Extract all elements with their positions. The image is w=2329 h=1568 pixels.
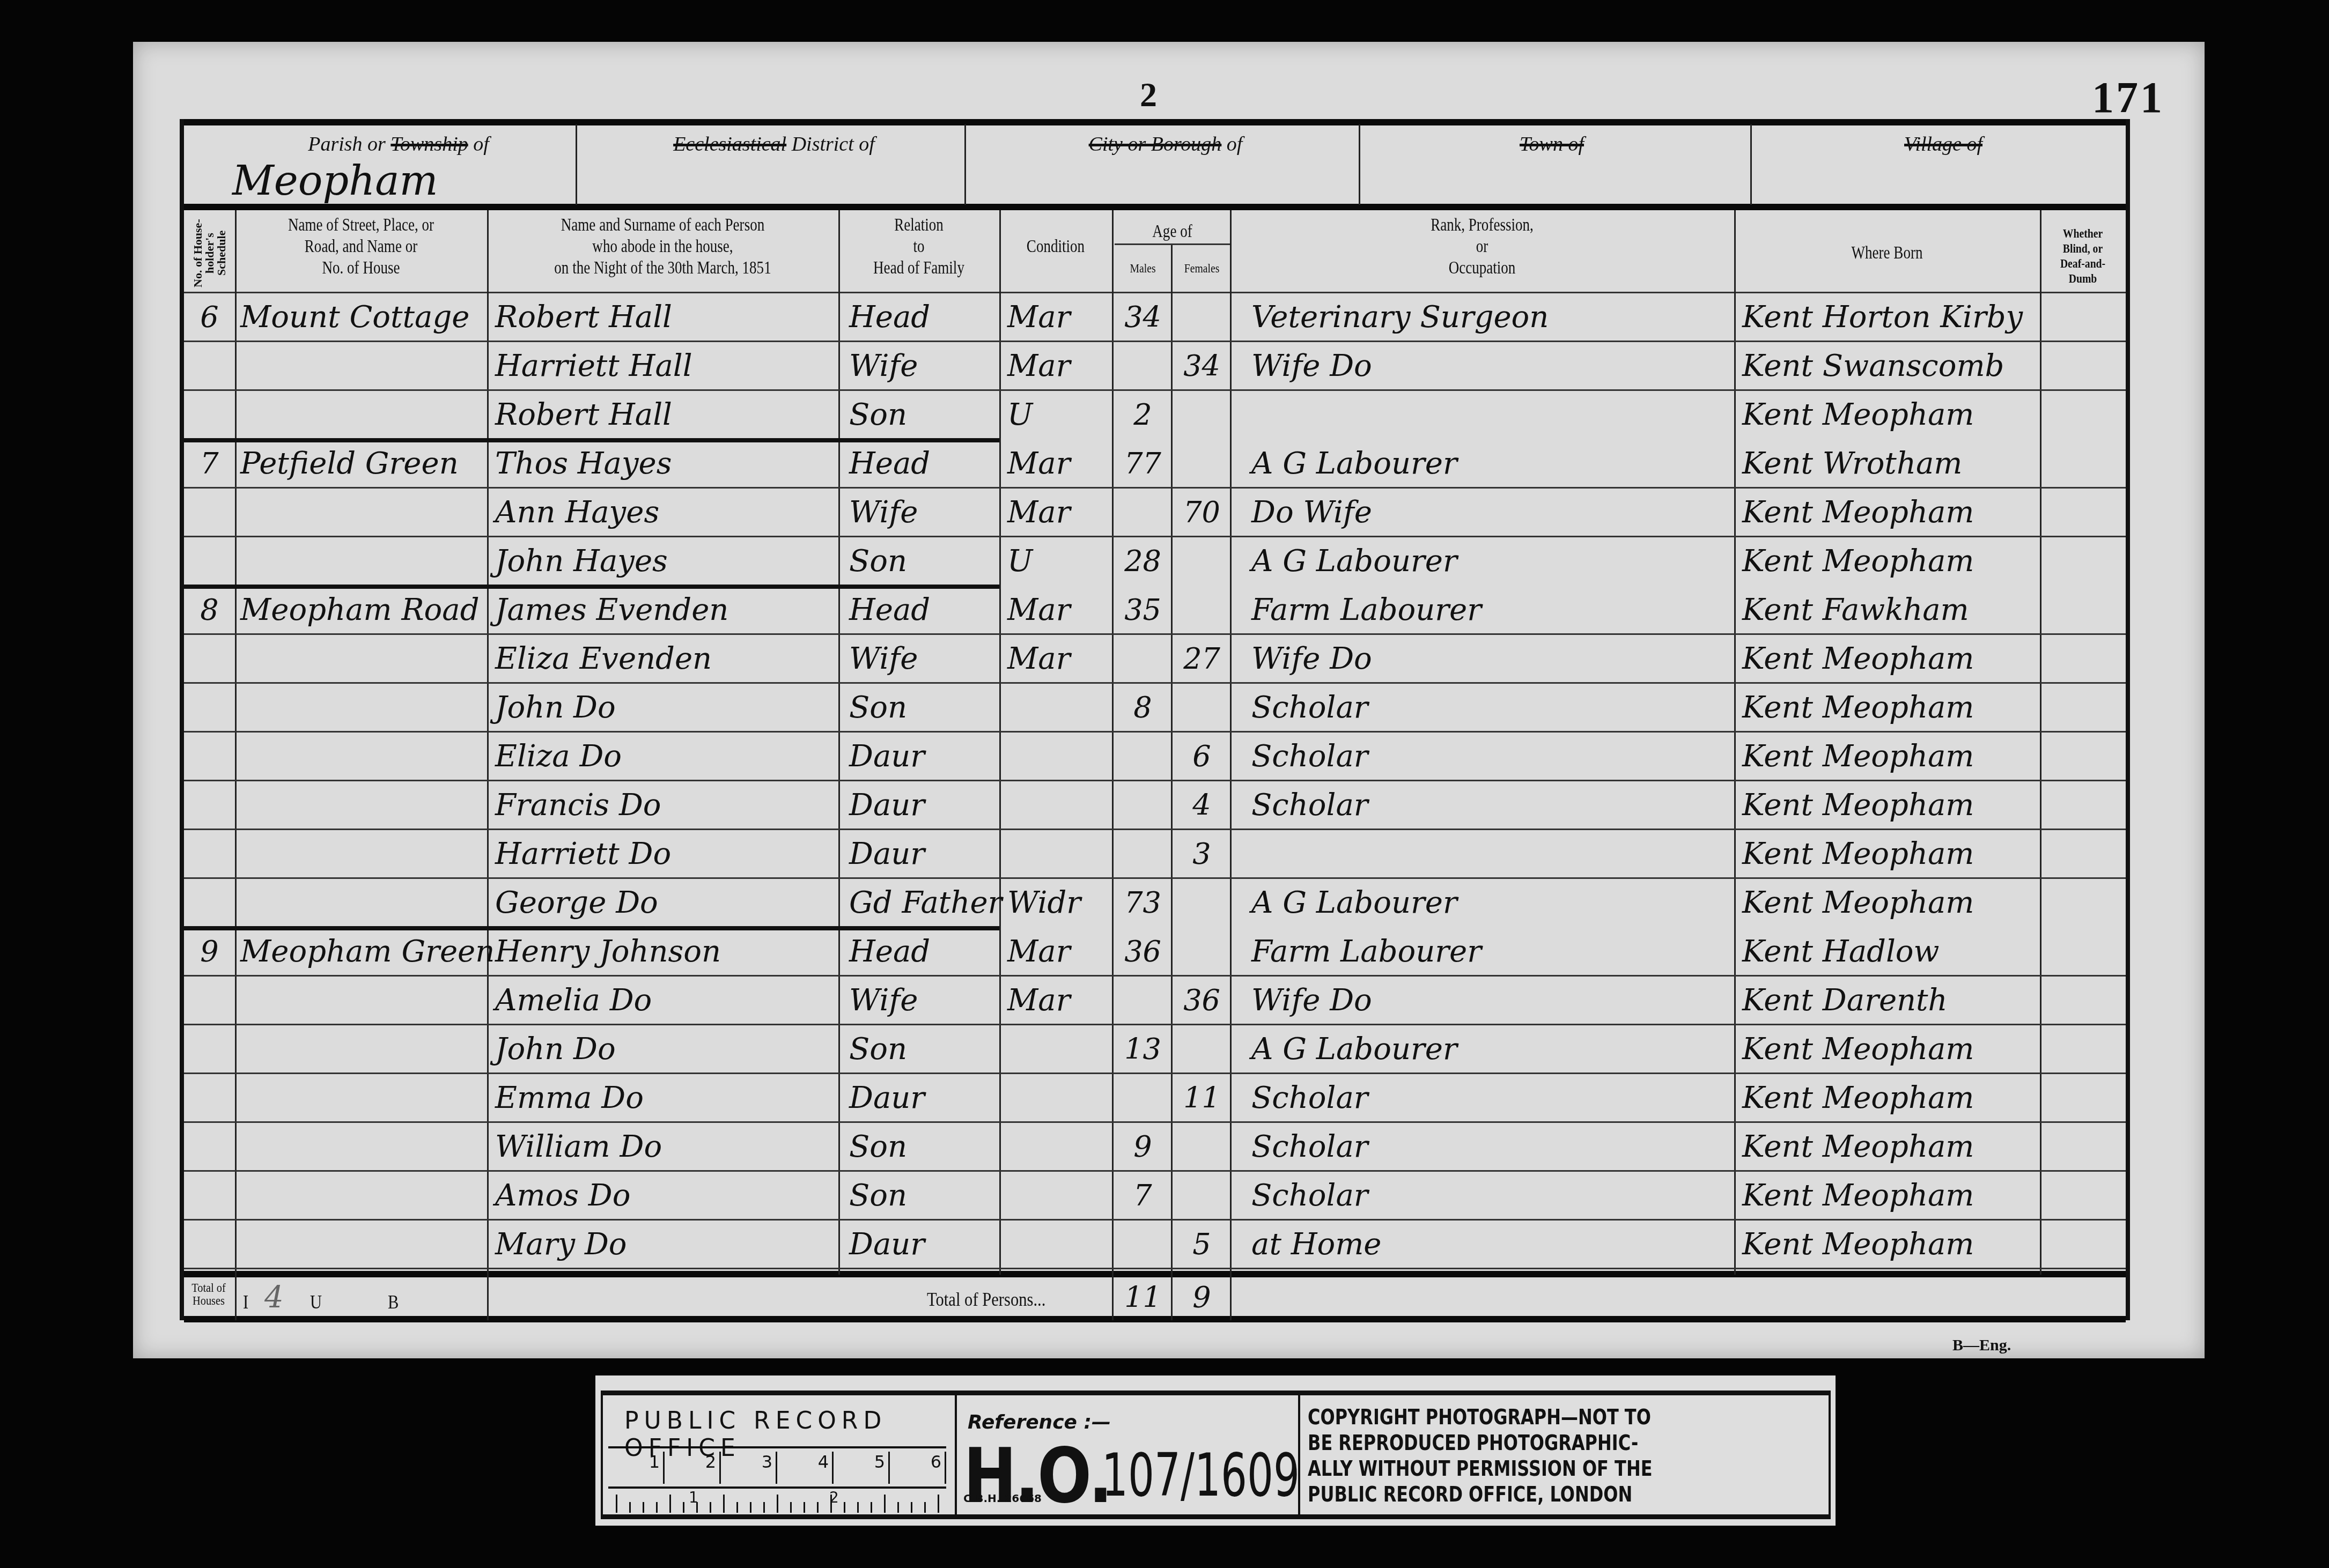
cell-born: Kent Swanscomb <box>1742 345 2040 388</box>
cell-relation: Daur <box>849 784 999 827</box>
cell-born: Kent Darenth <box>1742 979 2040 1022</box>
cell-name: William Do <box>495 1126 838 1168</box>
cell-male-age <box>1115 1077 1171 1120</box>
divider <box>964 124 966 205</box>
row-rule <box>184 1268 2126 1269</box>
reference-prefix: H.O. <box>963 1433 1111 1520</box>
cell-schedule: 8 <box>184 589 235 632</box>
cell-street <box>240 1126 484 1168</box>
cell-condition <box>1007 1126 1109 1168</box>
parish-value: Meopham <box>232 157 438 204</box>
cell-name: Emma Do <box>495 1077 838 1120</box>
col-line <box>1171 245 1173 1320</box>
cell-relation: Son <box>849 1126 999 1168</box>
ecclesiastical-label: Ecclesiastical District of <box>635 132 913 156</box>
cell-female-age <box>1174 296 1230 339</box>
cell-female-age <box>1174 1028 1230 1071</box>
cell-relation: Gd Father <box>849 882 999 924</box>
scale-tick <box>736 1502 738 1513</box>
cell-relation: Daur <box>849 735 999 778</box>
cell-born: Kent Meopham <box>1742 491 2040 534</box>
cell-male-age: 7 <box>1115 1174 1171 1217</box>
cell-condition: Mar <box>1007 442 1109 485</box>
cell-female-age: 6 <box>1174 735 1230 778</box>
col-where-born: Where Born <box>1764 242 2010 264</box>
cell-born: Kent Horton Kirby <box>1742 296 2040 339</box>
cell-condition: Mar <box>1007 589 1109 632</box>
uninhabited-label: U <box>310 1291 322 1313</box>
page-number: 2 <box>1140 75 1157 115</box>
cell-street <box>240 735 484 778</box>
scale-mark: 1 <box>608 1452 665 1484</box>
cell-male-age: 8 <box>1115 686 1171 729</box>
cell-male-age <box>1115 1223 1171 1266</box>
cell-relation: Head <box>849 442 999 485</box>
cell-street <box>240 1028 484 1071</box>
cell-female-age: 36 <box>1174 979 1230 1022</box>
cell-schedule <box>184 638 235 681</box>
col-blind: WhetherBlind, orDeaf-and-Dumb <box>2050 226 2116 286</box>
cell-street <box>240 979 484 1022</box>
cell-relation: Son <box>849 686 999 729</box>
cell-schedule <box>184 345 235 388</box>
cell-born: Kent Meopham <box>1742 784 2040 827</box>
scale-tick <box>804 1502 805 1513</box>
parish-label: Parish or Township of <box>259 132 538 156</box>
cell-condition <box>1007 1223 1109 1266</box>
cell-condition: Mar <box>1007 345 1109 388</box>
cell-name: John Do <box>495 1028 838 1071</box>
cell-schedule <box>184 735 235 778</box>
building-label: B <box>388 1291 399 1313</box>
row-rule <box>184 1170 2126 1172</box>
scale-bottom: 12 <box>608 1486 946 1513</box>
total-persons-label: Total of Persons... <box>927 1288 1045 1311</box>
cell-name: Mary Do <box>495 1223 838 1266</box>
cell-born: Kent Fawkham <box>1742 589 2040 632</box>
cell-condition <box>1007 686 1109 729</box>
cell-street: Meopham Green <box>240 930 484 973</box>
cell-name: Thos Hayes <box>495 442 838 485</box>
col-street: Name of Street, Place, orRoad, and Name … <box>260 215 462 279</box>
cell-condition: U <box>1007 394 1109 437</box>
cell-condition: Mar <box>1007 491 1109 534</box>
cell-schedule: 7 <box>184 442 235 485</box>
age-divider <box>1115 243 1230 245</box>
cell-schedule <box>184 882 235 924</box>
scale-tick <box>643 1502 644 1513</box>
scale-tick <box>830 1495 832 1513</box>
cell-male-age <box>1115 345 1171 388</box>
cell-born: Kent Meopham <box>1742 394 2040 437</box>
scale-tick <box>871 1502 872 1513</box>
scale-tick <box>710 1502 711 1513</box>
cell-street <box>240 638 484 681</box>
cell-female-age: 34 <box>1174 345 1230 388</box>
scale-top: 123456 <box>608 1446 946 1486</box>
cell-occupation <box>1251 394 1729 437</box>
cell-schedule <box>184 1174 235 1217</box>
cell-female-age <box>1174 589 1230 632</box>
cell-male-age <box>1115 491 1171 534</box>
cell-born: Kent Meopham <box>1742 638 2040 681</box>
cell-street: Petfield Green <box>240 442 484 485</box>
cell-name: Amelia Do <box>495 979 838 1022</box>
col-name: Name and Surname of each Personwho abode… <box>521 215 805 279</box>
cell-relation: Wife <box>849 979 999 1022</box>
copyright-box: COPYRIGHT PHOTOGRAPH—NOT TO BE REPRODUCE… <box>1298 1391 1831 1519</box>
household-divider <box>184 438 999 442</box>
cell-schedule <box>184 540 235 583</box>
cell-female-age: 5 <box>1174 1223 1230 1266</box>
col-males: Males <box>1119 261 1166 276</box>
cell-condition <box>1007 735 1109 778</box>
household-divider <box>184 926 999 930</box>
cell-occupation <box>1251 833 1729 876</box>
cell-relation: Head <box>849 930 999 973</box>
cell-condition <box>1007 1028 1109 1071</box>
scale-tick <box>656 1502 658 1513</box>
col-line <box>235 210 237 1320</box>
cell-relation: Daur <box>849 833 999 876</box>
cell-name: Henry Johnson <box>495 930 838 973</box>
scale-tick <box>790 1502 792 1513</box>
col-occupation: Rank, Profession,orOccupation <box>1278 215 1687 279</box>
reference-label: Reference :— <box>968 1411 1111 1433</box>
cell-born: Kent Meopham <box>1742 1223 2040 1266</box>
cell-name: Robert Hall <box>495 296 838 339</box>
scale-tick <box>777 1495 778 1513</box>
col-condition: Condition <box>1012 236 1100 257</box>
cell-female-age <box>1174 1174 1230 1217</box>
cell-name: Harriett Do <box>495 833 838 876</box>
row-rule <box>184 389 2126 391</box>
cell-street <box>240 394 484 437</box>
scale-tick <box>938 1495 939 1513</box>
cell-female-age: 3 <box>1174 833 1230 876</box>
row-rule <box>184 487 2126 489</box>
row-rule <box>184 633 2126 635</box>
rule-top <box>184 119 2126 125</box>
row-rule <box>184 731 2126 733</box>
scale-mark: 6 <box>890 1452 946 1484</box>
cell-born: Kent Meopham <box>1742 1077 2040 1120</box>
cell-relation: Son <box>849 394 999 437</box>
scale-tick <box>897 1502 899 1513</box>
cell-street: Mount Cottage <box>240 296 484 339</box>
cell-male-age: 9 <box>1115 1126 1171 1168</box>
scale-tick <box>911 1502 912 1513</box>
cell-schedule <box>184 1028 235 1071</box>
cell-schedule: 6 <box>184 296 235 339</box>
cell-relation: Head <box>849 296 999 339</box>
total-females: 9 <box>1174 1276 1230 1319</box>
cell-female-age <box>1174 882 1230 924</box>
cell-male-age: 36 <box>1115 930 1171 973</box>
cell-male-age <box>1115 979 1171 1022</box>
scale-tick <box>750 1502 751 1513</box>
col-females: Females <box>1178 261 1225 276</box>
cell-occupation: Wife Do <box>1251 345 1729 388</box>
reference-number: 107/1609 <box>1102 1441 1300 1510</box>
total-houses-label: Total of Houses <box>190 1282 227 1307</box>
row-rule <box>184 536 2126 537</box>
cell-street <box>240 540 484 583</box>
cell-occupation: at Home <box>1251 1223 1729 1266</box>
scale-tick <box>683 1502 684 1513</box>
cell-name: George Do <box>495 882 838 924</box>
cell-name: Eliza Evenden <box>495 638 838 681</box>
row-rule <box>184 1024 2126 1025</box>
row-rule <box>184 1073 2126 1074</box>
cell-schedule <box>184 686 235 729</box>
total-males: 11 <box>1115 1276 1171 1319</box>
scale-tick <box>696 1502 698 1513</box>
row-rule <box>184 1121 2126 1123</box>
cell-relation: Daur <box>849 1077 999 1120</box>
cell-street <box>240 1174 484 1217</box>
cell-condition <box>1007 784 1109 827</box>
cell-condition <box>1007 833 1109 876</box>
cell-female-age <box>1174 930 1230 973</box>
cell-condition: Mar <box>1007 638 1109 681</box>
cell-street: Meopham Road <box>240 589 484 632</box>
cell-male-age: 13 <box>1115 1028 1171 1071</box>
folio-number: 171 <box>2092 72 2164 123</box>
row-rule <box>184 780 2126 781</box>
cell-schedule <box>184 1077 235 1120</box>
col-schedule: No. of House-holder's Schedule <box>192 218 230 288</box>
cell-female-age <box>1174 540 1230 583</box>
cell-male-age: 28 <box>1115 540 1171 583</box>
scale-mark: 2 <box>665 1452 721 1484</box>
cell-occupation: A G Labourer <box>1251 1028 1729 1071</box>
cell-occupation: Scholar <box>1251 1077 1729 1120</box>
cell-born: Kent Meopham <box>1742 1174 2040 1217</box>
cell-born: Kent Meopham <box>1742 882 2040 924</box>
cell-schedule <box>184 1126 235 1168</box>
cell-male-age: 2 <box>1115 394 1171 437</box>
cell-name: John Hayes <box>495 540 838 583</box>
cell-born: Kent Meopham <box>1742 540 2040 583</box>
cell-male-age: 34 <box>1115 296 1171 339</box>
cell-male-age <box>1115 833 1171 876</box>
cell-born: Kent Meopham <box>1742 686 2040 729</box>
cell-street <box>240 882 484 924</box>
village-label: Village of <box>1782 132 2104 156</box>
cell-relation: Son <box>849 1028 999 1071</box>
cell-street <box>240 686 484 729</box>
cell-relation: Head <box>849 589 999 632</box>
cell-name: Harriett Hall <box>495 345 838 388</box>
pro-scale-box: PUBLIC RECORD OFFICE 123456 12 <box>601 1391 957 1519</box>
col-line <box>1112 210 1114 1320</box>
form-mark: B—Eng. <box>1952 1336 2011 1355</box>
cell-relation: Wife <box>849 345 999 388</box>
cell-occupation: Scholar <box>1251 1174 1729 1217</box>
cell-occupation: Farm Labourer <box>1251 589 1729 632</box>
cell-female-age <box>1174 686 1230 729</box>
cell-occupation: A G Labourer <box>1251 540 1729 583</box>
cell-street <box>240 1223 484 1266</box>
city-label: City or Borough of <box>1005 132 1326 156</box>
rule-colhdr <box>184 292 2126 293</box>
row-rule <box>184 341 2126 342</box>
cell-born: Kent Hadlow <box>1742 930 2040 973</box>
cell-name: John Do <box>495 686 838 729</box>
cell-female-age <box>1174 1126 1230 1168</box>
inhabited-value: 4 <box>264 1276 284 1319</box>
cell-born: Kent Meopham <box>1742 1126 2040 1168</box>
rule-header <box>184 204 2126 210</box>
scale-tick <box>763 1502 765 1513</box>
scale-tick <box>629 1502 631 1513</box>
cell-condition: Widr <box>1007 882 1109 924</box>
cbh-code: C.B.H. 26668 <box>963 1492 1042 1505</box>
col-line <box>838 210 840 1275</box>
scale-mark: 5 <box>834 1452 890 1484</box>
cell-condition: Mar <box>1007 930 1109 973</box>
row-rule <box>184 829 2126 830</box>
cell-male-age <box>1115 735 1171 778</box>
cell-condition: Mar <box>1007 979 1109 1022</box>
cell-occupation: Scholar <box>1251 735 1729 778</box>
cell-born: Kent Meopham <box>1742 833 2040 876</box>
cell-name: Robert Hall <box>495 394 838 437</box>
household-divider <box>184 585 999 589</box>
pro-stamp: PUBLIC RECORD OFFICE 123456 12 Reference… <box>595 1375 1836 1526</box>
cell-female-age <box>1174 442 1230 485</box>
cell-occupation: Do Wife <box>1251 491 1729 534</box>
cell-born: Kent Meopham <box>1742 735 2040 778</box>
cell-condition: Mar <box>1007 296 1109 339</box>
scale-tick <box>723 1495 725 1513</box>
row-rule <box>184 1219 2126 1221</box>
cell-relation: Son <box>849 540 999 583</box>
cell-schedule: 9 <box>184 930 235 973</box>
cell-occupation: A G Labourer <box>1251 882 1729 924</box>
cell-occupation: Wife Do <box>1251 979 1729 1022</box>
cell-schedule <box>184 784 235 827</box>
cell-relation: Daur <box>849 1223 999 1266</box>
scale-tick <box>669 1495 671 1513</box>
cell-condition: U <box>1007 540 1109 583</box>
inhabited-label: I <box>243 1291 248 1313</box>
cell-born: Kent Meopham <box>1742 1028 2040 1071</box>
cell-occupation: Scholar <box>1251 784 1729 827</box>
cell-name: James Evenden <box>495 589 838 632</box>
scale-tick <box>857 1502 859 1513</box>
cell-schedule <box>184 979 235 1022</box>
col-line <box>999 210 1001 1275</box>
cell-female-age: 27 <box>1174 638 1230 681</box>
scale-tick <box>924 1502 926 1513</box>
cell-street <box>240 784 484 827</box>
copyright-notice: COPYRIGHT PHOTOGRAPH—NOT TO BE REPRODUCE… <box>1308 1405 1653 1508</box>
cell-relation: Wife <box>849 491 999 534</box>
scale-tick <box>817 1502 819 1513</box>
cell-name: Ann Hayes <box>495 491 838 534</box>
col-line <box>487 210 489 1320</box>
cell-relation: Wife <box>849 638 999 681</box>
cell-name: Amos Do <box>495 1174 838 1217</box>
cell-female-age: 4 <box>1174 784 1230 827</box>
cell-female-age: 11 <box>1174 1077 1230 1120</box>
scale-mark: 3 <box>721 1452 777 1484</box>
census-form: Parish or Township of Meopham Ecclesiast… <box>180 119 2130 1320</box>
col-age: Age of <box>1125 221 1219 242</box>
reference-box: Reference :— H.O. 107/1609 C.B.H. 26668 <box>955 1391 1300 1519</box>
scale-tick <box>844 1502 845 1513</box>
row-rule <box>184 682 2126 684</box>
cell-male-age <box>1115 784 1171 827</box>
cell-schedule <box>184 833 235 876</box>
cell-street <box>240 345 484 388</box>
scale-tick <box>884 1495 886 1513</box>
cell-male-age: 73 <box>1115 882 1171 924</box>
cell-schedule <box>184 1223 235 1266</box>
col-line <box>2040 210 2041 1275</box>
cell-male-age: 77 <box>1115 442 1171 485</box>
cell-schedule <box>184 394 235 437</box>
cell-male-age <box>1115 638 1171 681</box>
cell-schedule <box>184 491 235 534</box>
cell-female-age: 70 <box>1174 491 1230 534</box>
cell-street <box>240 1077 484 1120</box>
divider <box>1359 124 1360 205</box>
divider <box>576 124 577 205</box>
cell-occupation: Farm Labourer <box>1251 930 1729 973</box>
cell-occupation: Wife Do <box>1251 638 1729 681</box>
cell-name: Eliza Do <box>495 735 838 778</box>
row-rule <box>184 877 2126 879</box>
scale-mark: 4 <box>777 1452 834 1484</box>
cell-occupation: Scholar <box>1251 686 1729 729</box>
col-line <box>1734 210 1736 1275</box>
cell-born: Kent Wrotham <box>1742 442 2040 485</box>
row-rule <box>184 975 2126 977</box>
town-label: Town of <box>1391 132 1713 156</box>
col-line <box>1230 210 1232 1320</box>
cell-condition <box>1007 1174 1109 1217</box>
cell-occupation: A G Labourer <box>1251 442 1729 485</box>
cell-condition <box>1007 1077 1109 1120</box>
divider <box>1750 124 1752 205</box>
scale-tick <box>616 1495 617 1513</box>
cell-street <box>240 833 484 876</box>
cell-street <box>240 491 484 534</box>
cell-name: Francis Do <box>495 784 838 827</box>
cell-male-age: 35 <box>1115 589 1171 632</box>
cell-occupation: Veterinary Surgeon <box>1251 296 1729 339</box>
cell-female-age <box>1174 394 1230 437</box>
cell-relation: Son <box>849 1174 999 1217</box>
col-relation: RelationtoHead of Family <box>855 215 983 279</box>
cell-occupation: Scholar <box>1251 1126 1729 1168</box>
